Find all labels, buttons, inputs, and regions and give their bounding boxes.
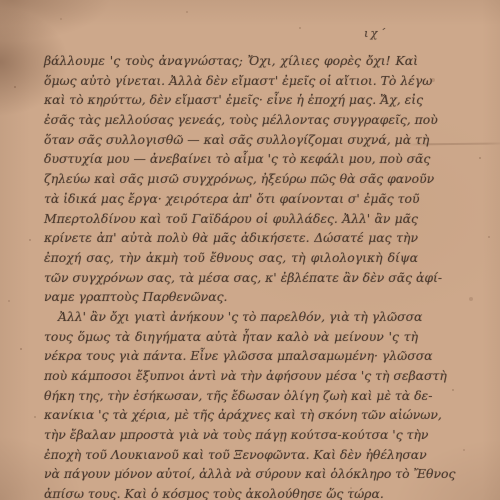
body-text: βάλλουμε 'ς τοὺς ἀναγνώστας; Ὄχι, χίλιες… bbox=[44, 51, 418, 500]
text-line: κρίνετε ἀπ' αὐτὰ πολὺ θὰ μᾶς ἀδικήσετε. … bbox=[44, 228, 418, 248]
text-line: ὅταν σᾶς συλλογισθῶ — καὶ σᾶς συλλογίζομ… bbox=[44, 130, 418, 150]
text-line: τῶν συγχρόνων σας, τὰ μέσα σας, κ' ἐβλέπ… bbox=[44, 268, 418, 288]
text-line-clipped: ἀπίσω τους. Καὶ ὁ κόσμος τοὺς ἀκολούθησε… bbox=[44, 484, 418, 500]
text-line: τους ὅμως τὰ διηγήματα αὐτὰ ἦταν καλὸ νὰ… bbox=[44, 327, 418, 347]
text-line: καὶ τὸ κηρύττω, δὲν εἴμαστ' ἐμεῖς· εἶνε … bbox=[44, 90, 418, 110]
text-line: ἐποχή σας, τὴν ἀκμὴ τοῦ ἔθνους σας, τὴ φ… bbox=[44, 248, 418, 268]
text-line: τὴν ἔβαλαν μπροστὰ γιὰ νὰ τοὺς πάγῃ κούτ… bbox=[44, 425, 418, 445]
text-line: ποὺ κάμποσοι ἔξυπνοι ἀντὶ νὰ τὴν ἀφήσουν… bbox=[44, 366, 418, 386]
text-line: νέκρα τους γιὰ πάντα. Εἶνε γλῶσσα μπαλσα… bbox=[44, 346, 418, 366]
text-line: ὅμως αὐτὸ γίνεται. Ἀλλὰ δὲν εἴμαστ' ἐμεῖ… bbox=[44, 71, 418, 91]
text-line: κανίκια 'ς τὰ χέρια, μὲ τῆς ἀράχνες καὶ … bbox=[44, 405, 418, 425]
text-line: ἐποχὴ τοῦ Λουκιανοῦ καὶ τοῦ Ξενοφῶντα. Κ… bbox=[44, 445, 418, 465]
text-line: τὰ ἰδικά μας ἔργα· χειρότερα ἀπ' ὅτι φαί… bbox=[44, 189, 418, 209]
text-line: βάλλουμε 'ς τοὺς ἀναγνώστας; Ὄχι, χίλιες… bbox=[44, 51, 418, 71]
text-line: ναμε γραπτοὺς Παρθενῶνας. bbox=[44, 287, 418, 307]
text-line: Ἀλλ' ἂν ὄχι γιατὶ ἀνήκουν 'ς τὸ παρελθόν… bbox=[44, 307, 418, 327]
book-page: ιχ´ βάλλουμε 'ς τοὺς ἀναγνώστας; Ὄχι, χί… bbox=[0, 0, 500, 500]
text-line: Μπερτολδίνου καὶ τοῦ Γαϊδάρου οἱ φυλλάδε… bbox=[44, 209, 418, 229]
text-line: νὰ πάγουν μόνον αὐτοί, ἀλλὰ νὰ σύρουν κα… bbox=[44, 464, 418, 484]
page-number: ιχ´ bbox=[364, 26, 387, 40]
text-line: ἐσᾶς τὰς μελλούσας γενεάς, τοὺς μέλλοντα… bbox=[44, 110, 418, 130]
text-line: θήκη της, τὴν ἐσήκωσαν, τῆς ἔδωσαν ὀλίγη… bbox=[44, 386, 418, 406]
text-line: δυστυχία μου — ἀνεβαίνει τὸ αἷμα 'ς τὸ κ… bbox=[44, 149, 418, 169]
paper-speckles bbox=[0, 0, 2, 2]
text-line: ζηλεύω καὶ σᾶς μισῶ συγχρόνως, ἠξεύρω πῶ… bbox=[44, 169, 418, 189]
